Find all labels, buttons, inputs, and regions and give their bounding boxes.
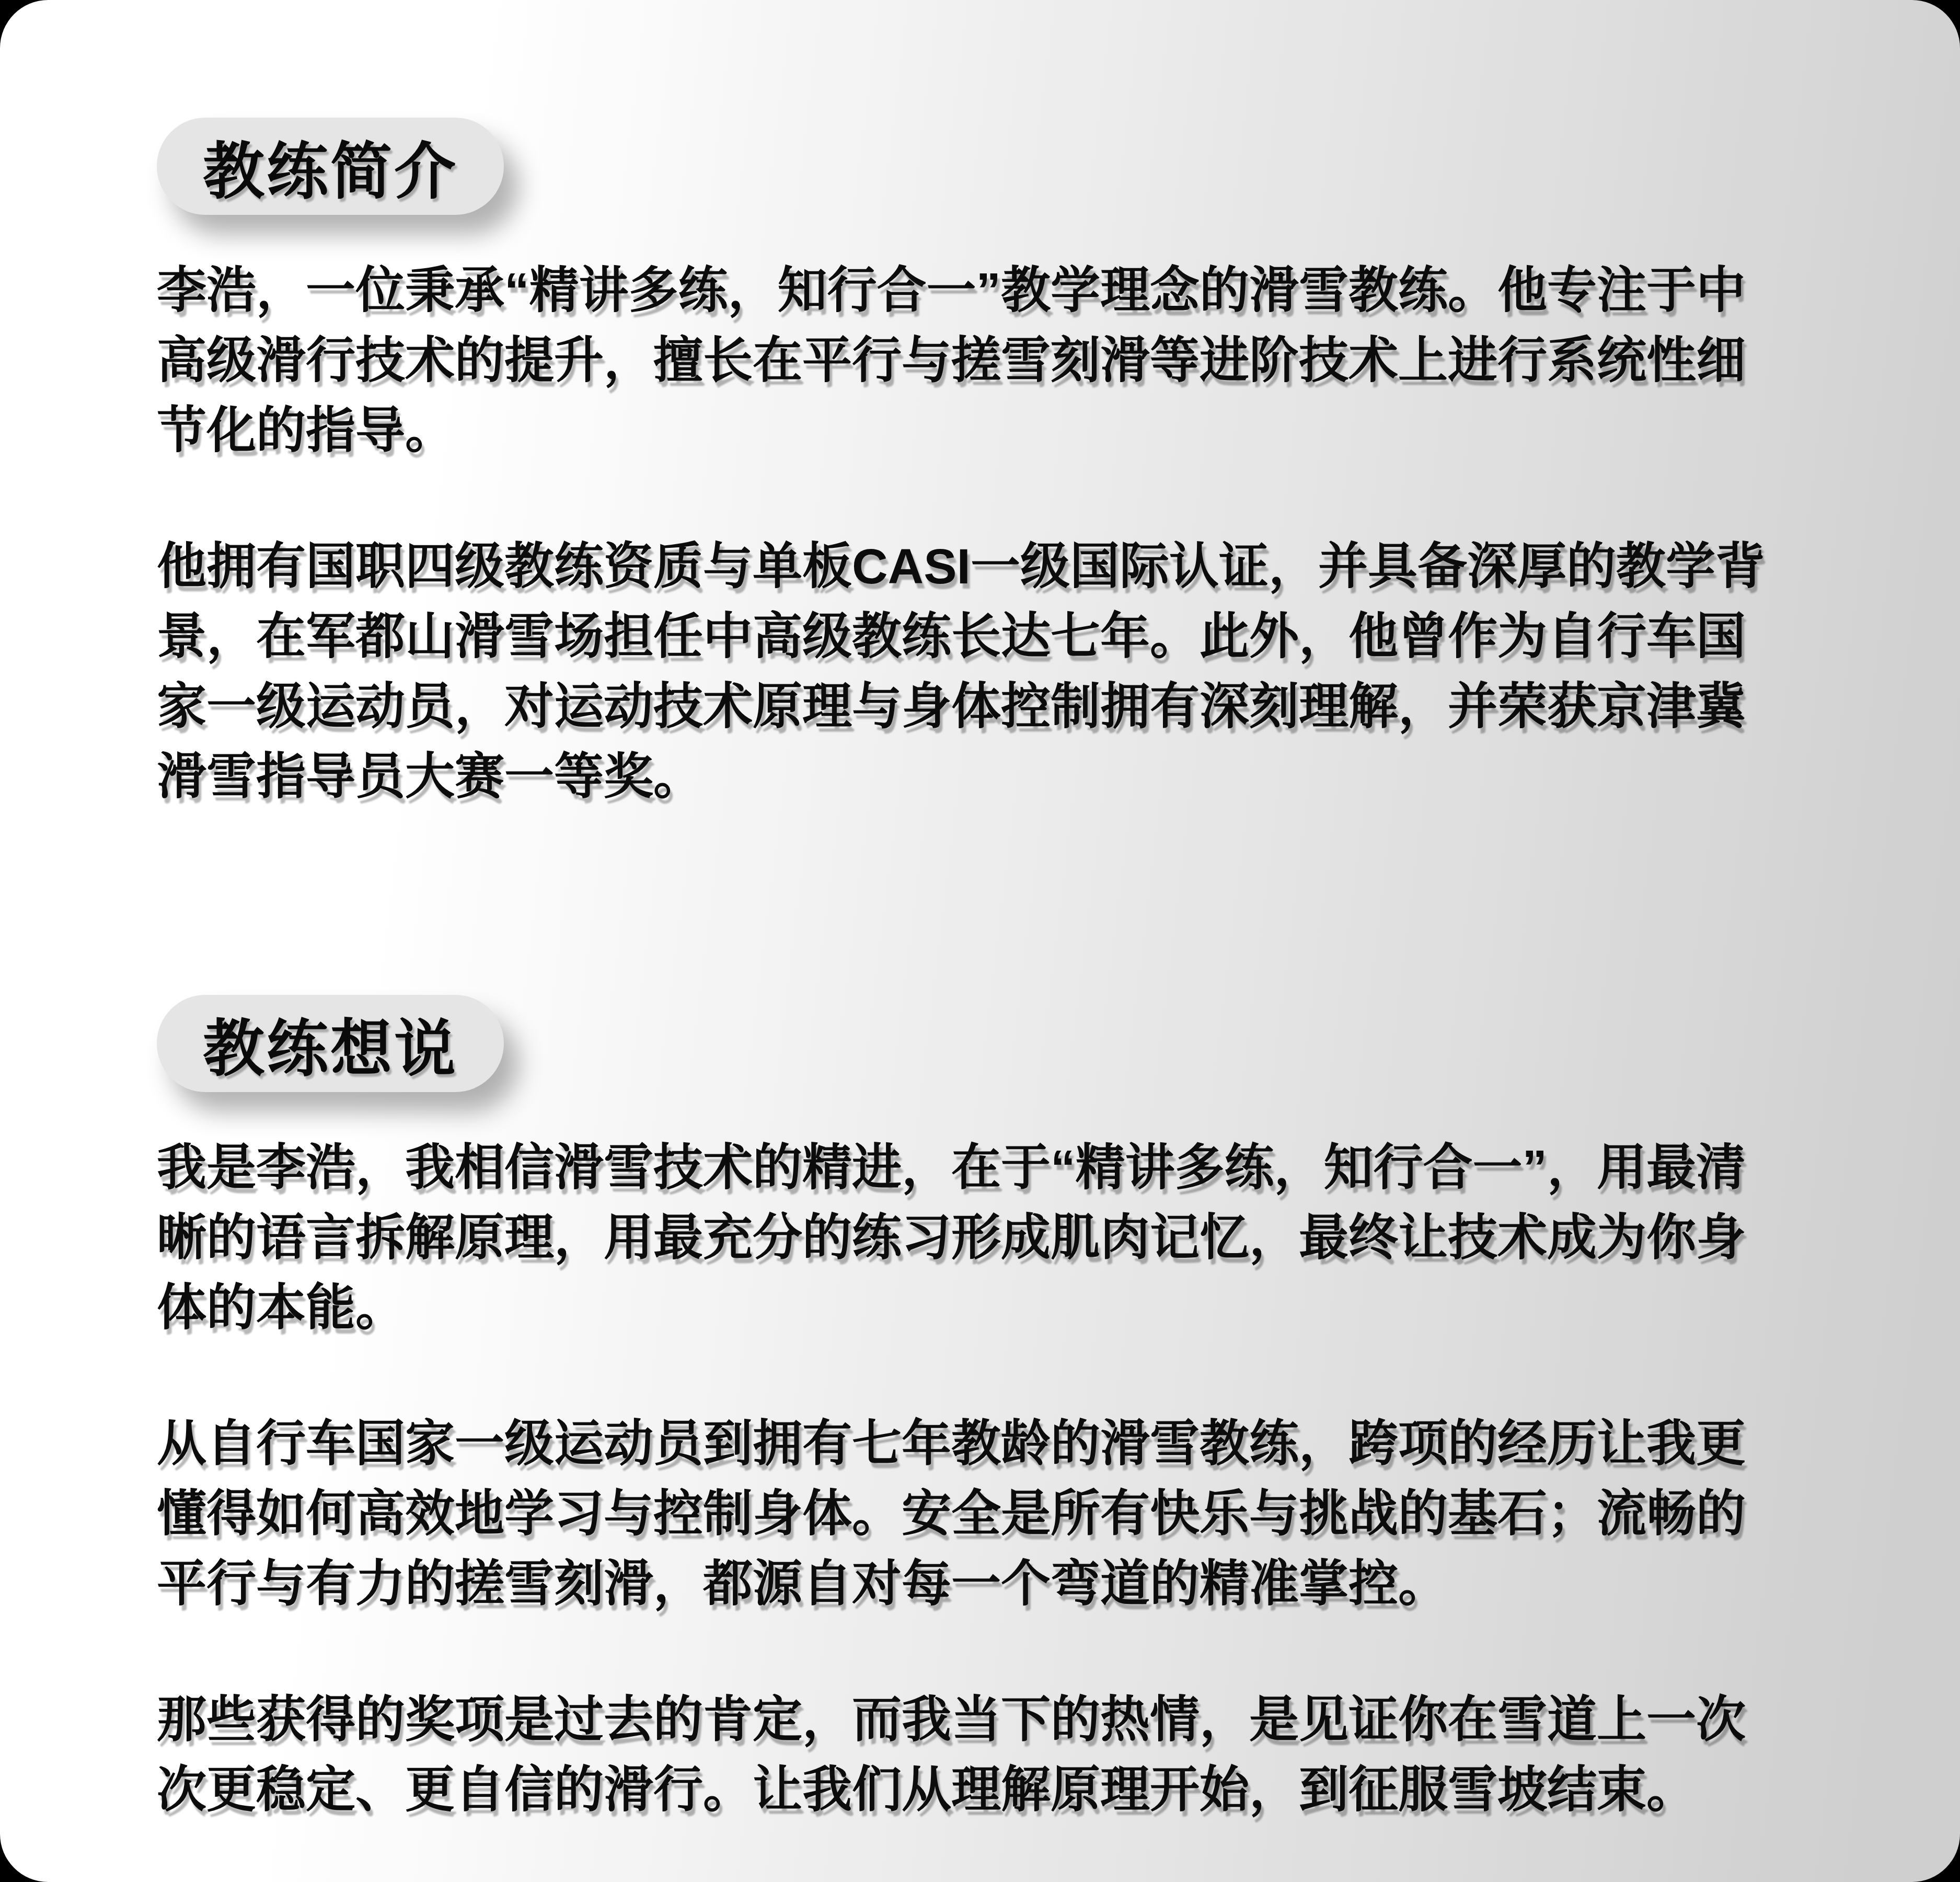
coach-intro-badge-label: 教练简介 — [203, 122, 458, 211]
coach-intro-badge: 教练简介 — [157, 118, 504, 215]
coach-message-badge: 教练想说 — [157, 995, 504, 1092]
poster-canvas: 教练简介 李浩，一位秉承“精讲多练，知行合一”教学理念的滑雪教练。他专注于中高级… — [0, 0, 1960, 1882]
coach-profile-card: 教练简介 李浩，一位秉承“精讲多练，知行合一”教学理念的滑雪教练。他专注于中高级… — [0, 0, 1960, 1882]
coach-message-badge-label: 教练想说 — [203, 999, 458, 1088]
coach-intro-paragraph-2: 他拥有国职四级教练资质与单板CASI一级国际认证，并具备深厚的教学背景，在军都山… — [157, 532, 1793, 812]
coach-message-paragraph-1: 我是李浩，我相信滑雪技术的精进，在于“精讲多练，知行合一”，用最清晰的语言拆解原… — [157, 1133, 1793, 1343]
coach-message-paragraph-3: 那些获得的奖项是过去的肯定，而我当下的热情，是见证你在雪道上一次次更稳定、更自信… — [157, 1685, 1793, 1825]
coach-intro-paragraph-1: 李浩，一位秉承“精讲多练，知行合一”教学理念的滑雪教练。他专注于中高级滑行技术的… — [157, 256, 1793, 466]
coach-message-paragraph-2: 从自行车国家一级运动员到拥有七年教龄的滑雪教练，跨项的经历让我更懂得如何高效地学… — [157, 1409, 1793, 1619]
section-coach-intro: 教练简介 李浩，一位秉承“精讲多练，知行合一”教学理念的滑雪教练。他专注于中高级… — [157, 118, 1793, 812]
section-coach-message: 教练想说 我是李浩，我相信滑雪技术的精进，在于“精讲多练，知行合一”，用最清晰的… — [157, 995, 1793, 1825]
